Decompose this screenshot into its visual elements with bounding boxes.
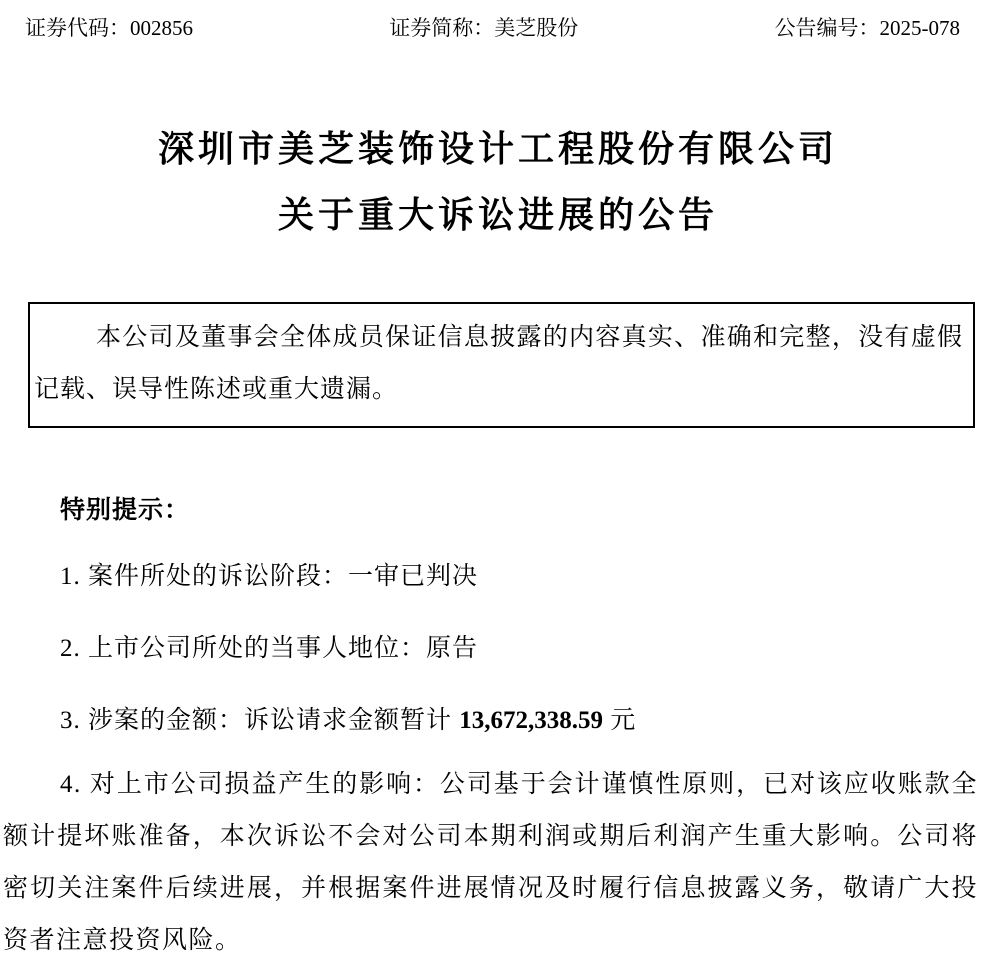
disclaimer-text: 本公司及董事会全体成员保证信息披露的内容真实、准确和完整，没有虚假记载、误导性陈… <box>34 312 963 416</box>
disclaimer-box: 本公司及董事会全体成员保证信息披露的内容真实、准确和完整，没有虚假记载、误导性陈… <box>28 302 975 428</box>
notice-item-party-status: 2. 上市公司所处的当事人地位：原告 <box>60 632 978 666</box>
special-notice-heading: 特别提示： <box>60 494 996 528</box>
announcement-subject-title: 关于重大诉讼进展的公告 <box>0 182 996 248</box>
announcement-document: 证券代码：002856 证券简称：美芝股份 公告编号：2025-078 深圳市美… <box>0 0 996 968</box>
notice-item-amount: 3. 涉案的金额：诉讼请求金额暂计 13,672,338.59 元 <box>60 704 978 738</box>
document-header: 证券代码：002856 证券简称：美芝股份 公告编号：2025-078 <box>0 0 996 42</box>
stock-name: 证券简称：美芝股份 <box>389 14 578 42</box>
litigation-amount: 13,672,338.59 <box>459 707 603 734</box>
company-name-title: 深圳市美芝装饰设计工程股份有限公司 <box>0 116 996 182</box>
notice-item-impact: 4. 对上市公司损益产生的影响：公司基于会计谨慎性原则，已对该应收账款全额计提坏… <box>3 759 978 967</box>
notice-item-litigation-stage: 1. 案件所处的诉讼阶段：一审已判决 <box>60 560 978 594</box>
stock-code: 证券代码：002856 <box>25 14 193 42</box>
amount-prefix: 3. 涉案的金额：诉讼请求金额暂计 <box>60 707 459 734</box>
document-title: 深圳市美芝装饰设计工程股份有限公司 关于重大诉讼进展的公告 <box>0 116 996 248</box>
announcement-number: 公告编号：2025-078 <box>775 14 961 42</box>
amount-suffix: 元 <box>603 707 636 734</box>
